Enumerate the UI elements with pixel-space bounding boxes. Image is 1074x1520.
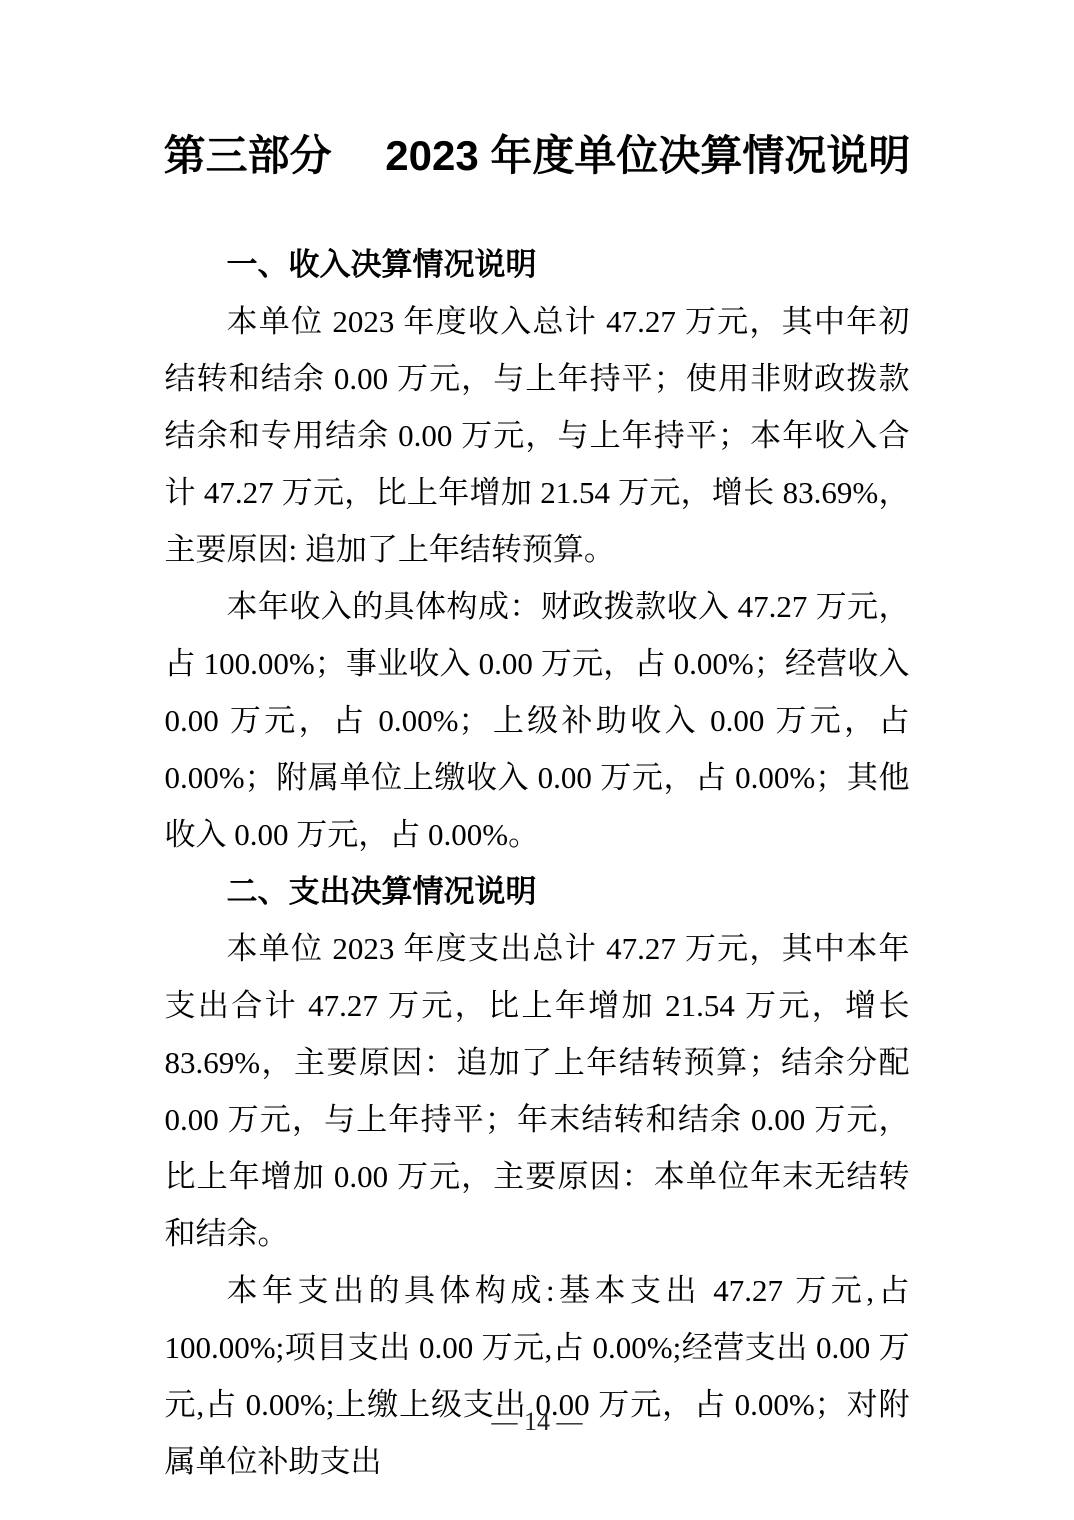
expenditure-summary-paragraph: 本单位 2023 年度支出总计 47.27 万元，其中本年支出合计 47.27 … (165, 920, 910, 1262)
document-page: 第三部分 2023 年度单位决算情况说明 一、收入决算情况说明 本单位 2023… (0, 0, 1074, 1520)
section-heading-expenditure: 二、支出决算情况说明 (165, 863, 910, 920)
document-body: 一、收入决算情况说明 本单位 2023 年度收入总计 47.27 万元，其中年初… (165, 236, 910, 1490)
section-heading-income: 一、收入决算情况说明 (165, 236, 910, 293)
page-footer: — 14 — (0, 1402, 1074, 1442)
income-composition-paragraph: 本年收入的具体构成：财政拨款收入 47.27 万元，占 100.00%；事业收入… (165, 578, 910, 863)
document-title: 第三部分 2023 年度单位决算情况说明 (0, 0, 1074, 186)
page-number: — 14 — (492, 1407, 583, 1436)
expenditure-composition-paragraph: 本年支出的具体构成:基本支出 47.27 万元,占 100.00%;项目支出 0… (165, 1262, 910, 1490)
income-summary-paragraph: 本单位 2023 年度收入总计 47.27 万元，其中年初结转和结余 0.00 … (165, 293, 910, 578)
